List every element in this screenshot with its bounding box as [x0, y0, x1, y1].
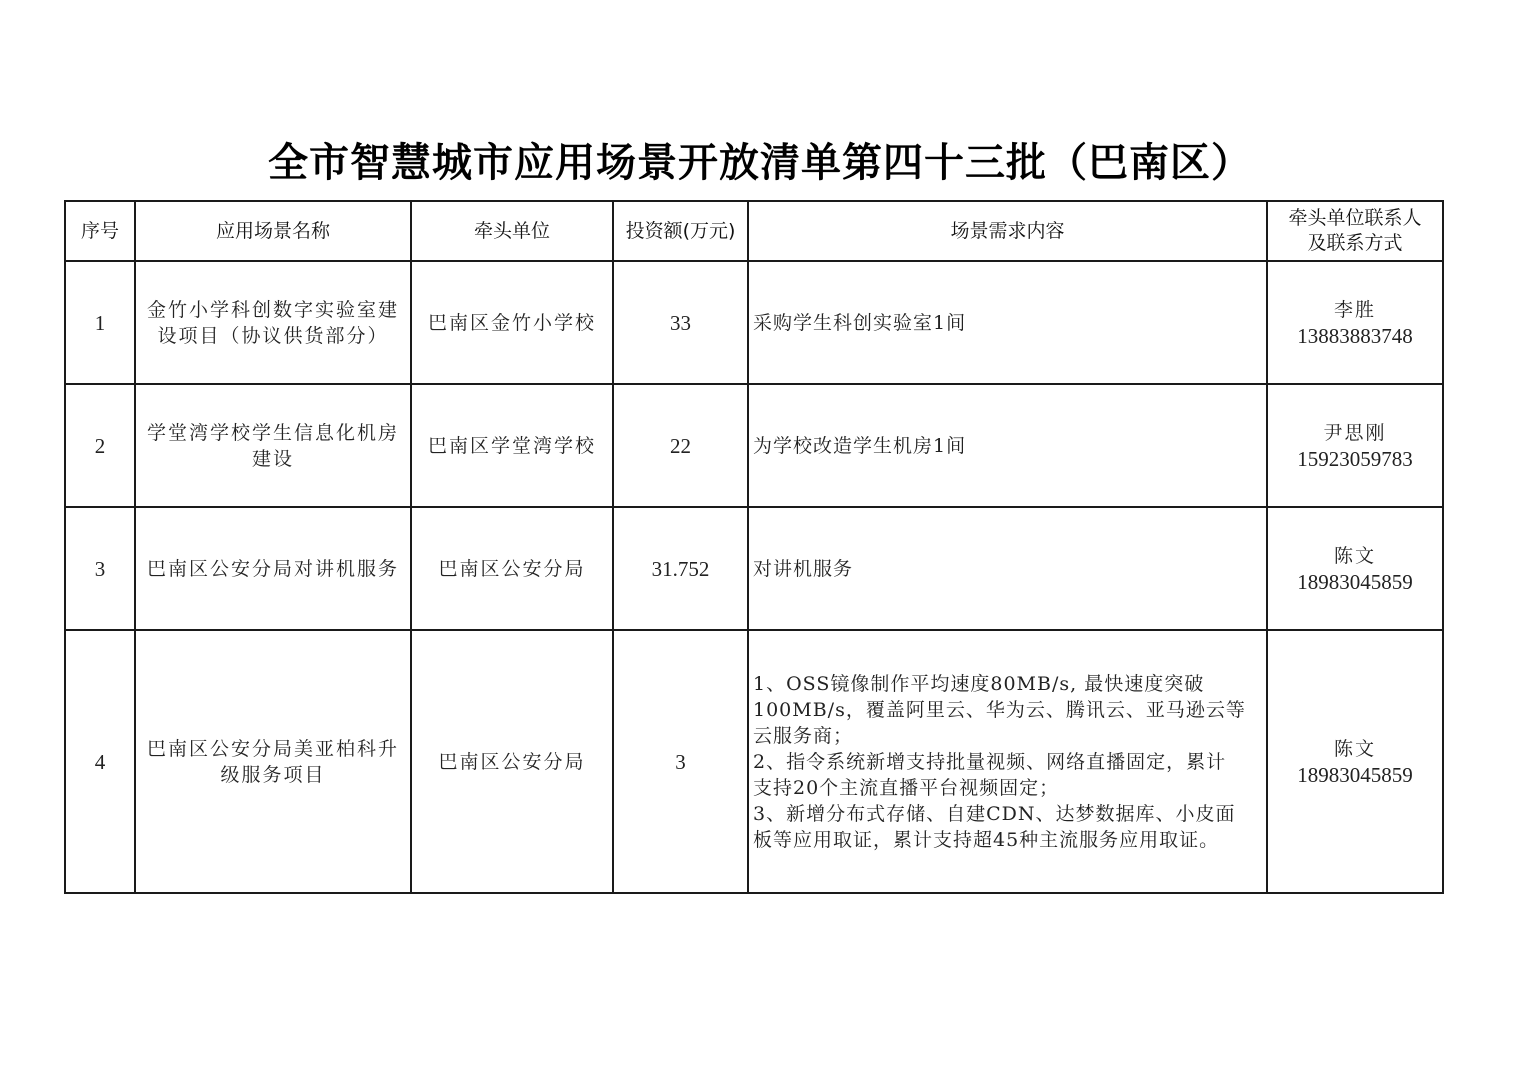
contact-name: 陈文 — [1268, 543, 1442, 569]
cell-lead-unit: 巴南区公安分局 — [411, 507, 613, 630]
header-contact-line2: 及联系方式 — [1268, 231, 1442, 256]
requirement-line: 板等应用取证，累计支持超45种主流服务应用取证。 — [753, 827, 1262, 853]
table-row: 2 学堂湾学校学生信息化机房建设 巴南区学堂湾学校 22 为学校改造学生机房1间… — [65, 384, 1443, 507]
table-header-row: 序号 应用场景名称 牵头单位 投资额(万元) 场景需求内容 牵头单位联系人 及联… — [65, 201, 1443, 261]
cell-seq: 3 — [65, 507, 135, 630]
cell-requirements: 1、OSS镜像制作平均速度80MB/s, 最快速度突破 100MB/s，覆盖阿里… — [748, 630, 1267, 893]
requirement-line: 采购学生科创实验室1间 — [753, 310, 1262, 336]
cell-investment: 33 — [613, 261, 748, 384]
cell-seq: 1 — [65, 261, 135, 384]
cell-investment: 31.752 — [613, 507, 748, 630]
document-title: 全市智慧城市应用场景开放清单第四十三批（巴南区） — [0, 138, 1520, 188]
requirement-line: 云服务商； — [753, 723, 1262, 749]
header-scene-name: 应用场景名称 — [135, 201, 411, 261]
requirement-line: 支持20个主流直播平台视频固定； — [753, 775, 1262, 801]
requirement-line: 为学校改造学生机房1间 — [753, 433, 1262, 459]
cell-scene-name: 学堂湾学校学生信息化机房建设 — [135, 384, 411, 507]
cell-requirements: 对讲机服务 — [748, 507, 1267, 630]
contact-name: 陈文 — [1268, 736, 1442, 762]
requirement-line: 100MB/s，覆盖阿里云、华为云、腾讯云、亚马逊云等 — [753, 697, 1262, 723]
cell-requirements: 采购学生科创实验室1间 — [748, 261, 1267, 384]
requirement-line: 2、指令系统新增支持批量视频、网络直播固定，累计 — [753, 749, 1262, 775]
cell-requirements: 为学校改造学生机房1间 — [748, 384, 1267, 507]
contact-phone: 18983045859 — [1268, 569, 1442, 595]
contact-name: 尹思刚 — [1268, 420, 1442, 446]
cell-contact: 陈文 18983045859 — [1267, 507, 1443, 630]
cell-investment: 3 — [613, 630, 748, 893]
cell-contact: 李胜 13883883748 — [1267, 261, 1443, 384]
contact-phone: 15923059783 — [1268, 446, 1442, 472]
cell-investment: 22 — [613, 384, 748, 507]
requirement-line: 3、新增分布式存储、自建CDN、达梦数据库、小皮面 — [753, 801, 1262, 827]
cell-scene-name: 巴南区公安分局美亚柏科升级服务项目 — [135, 630, 411, 893]
contact-phone: 18983045859 — [1268, 762, 1442, 788]
contact-name: 李胜 — [1268, 297, 1442, 323]
cell-scene-name: 金竹小学科创数字实验室建设项目（协议供货部分） — [135, 261, 411, 384]
header-contact-line1: 牵头单位联系人 — [1268, 206, 1442, 231]
header-lead-unit: 牵头单位 — [411, 201, 613, 261]
header-requirements: 场景需求内容 — [748, 201, 1267, 261]
table-row: 4 巴南区公安分局美亚柏科升级服务项目 巴南区公安分局 3 1、OSS镜像制作平… — [65, 630, 1443, 893]
header-contact: 牵头单位联系人 及联系方式 — [1267, 201, 1443, 261]
cell-contact: 陈文 18983045859 — [1267, 630, 1443, 893]
header-seq: 序号 — [65, 201, 135, 261]
cell-seq: 2 — [65, 384, 135, 507]
header-investment: 投资额(万元) — [613, 201, 748, 261]
requirement-line: 1、OSS镜像制作平均速度80MB/s, 最快速度突破 — [753, 671, 1262, 697]
table-row: 3 巴南区公安分局对讲机服务 巴南区公安分局 31.752 对讲机服务 陈文 1… — [65, 507, 1443, 630]
cell-lead-unit: 巴南区金竹小学校 — [411, 261, 613, 384]
cell-contact: 尹思刚 15923059783 — [1267, 384, 1443, 507]
table-row: 1 金竹小学科创数字实验室建设项目（协议供货部分） 巴南区金竹小学校 33 采购… — [65, 261, 1443, 384]
cell-seq: 4 — [65, 630, 135, 893]
cell-scene-name: 巴南区公安分局对讲机服务 — [135, 507, 411, 630]
contact-phone: 13883883748 — [1268, 323, 1442, 349]
cell-lead-unit: 巴南区公安分局 — [411, 630, 613, 893]
requirement-line: 对讲机服务 — [753, 556, 1262, 582]
scenario-table: 序号 应用场景名称 牵头单位 投资额(万元) 场景需求内容 牵头单位联系人 及联… — [64, 200, 1444, 894]
cell-lead-unit: 巴南区学堂湾学校 — [411, 384, 613, 507]
